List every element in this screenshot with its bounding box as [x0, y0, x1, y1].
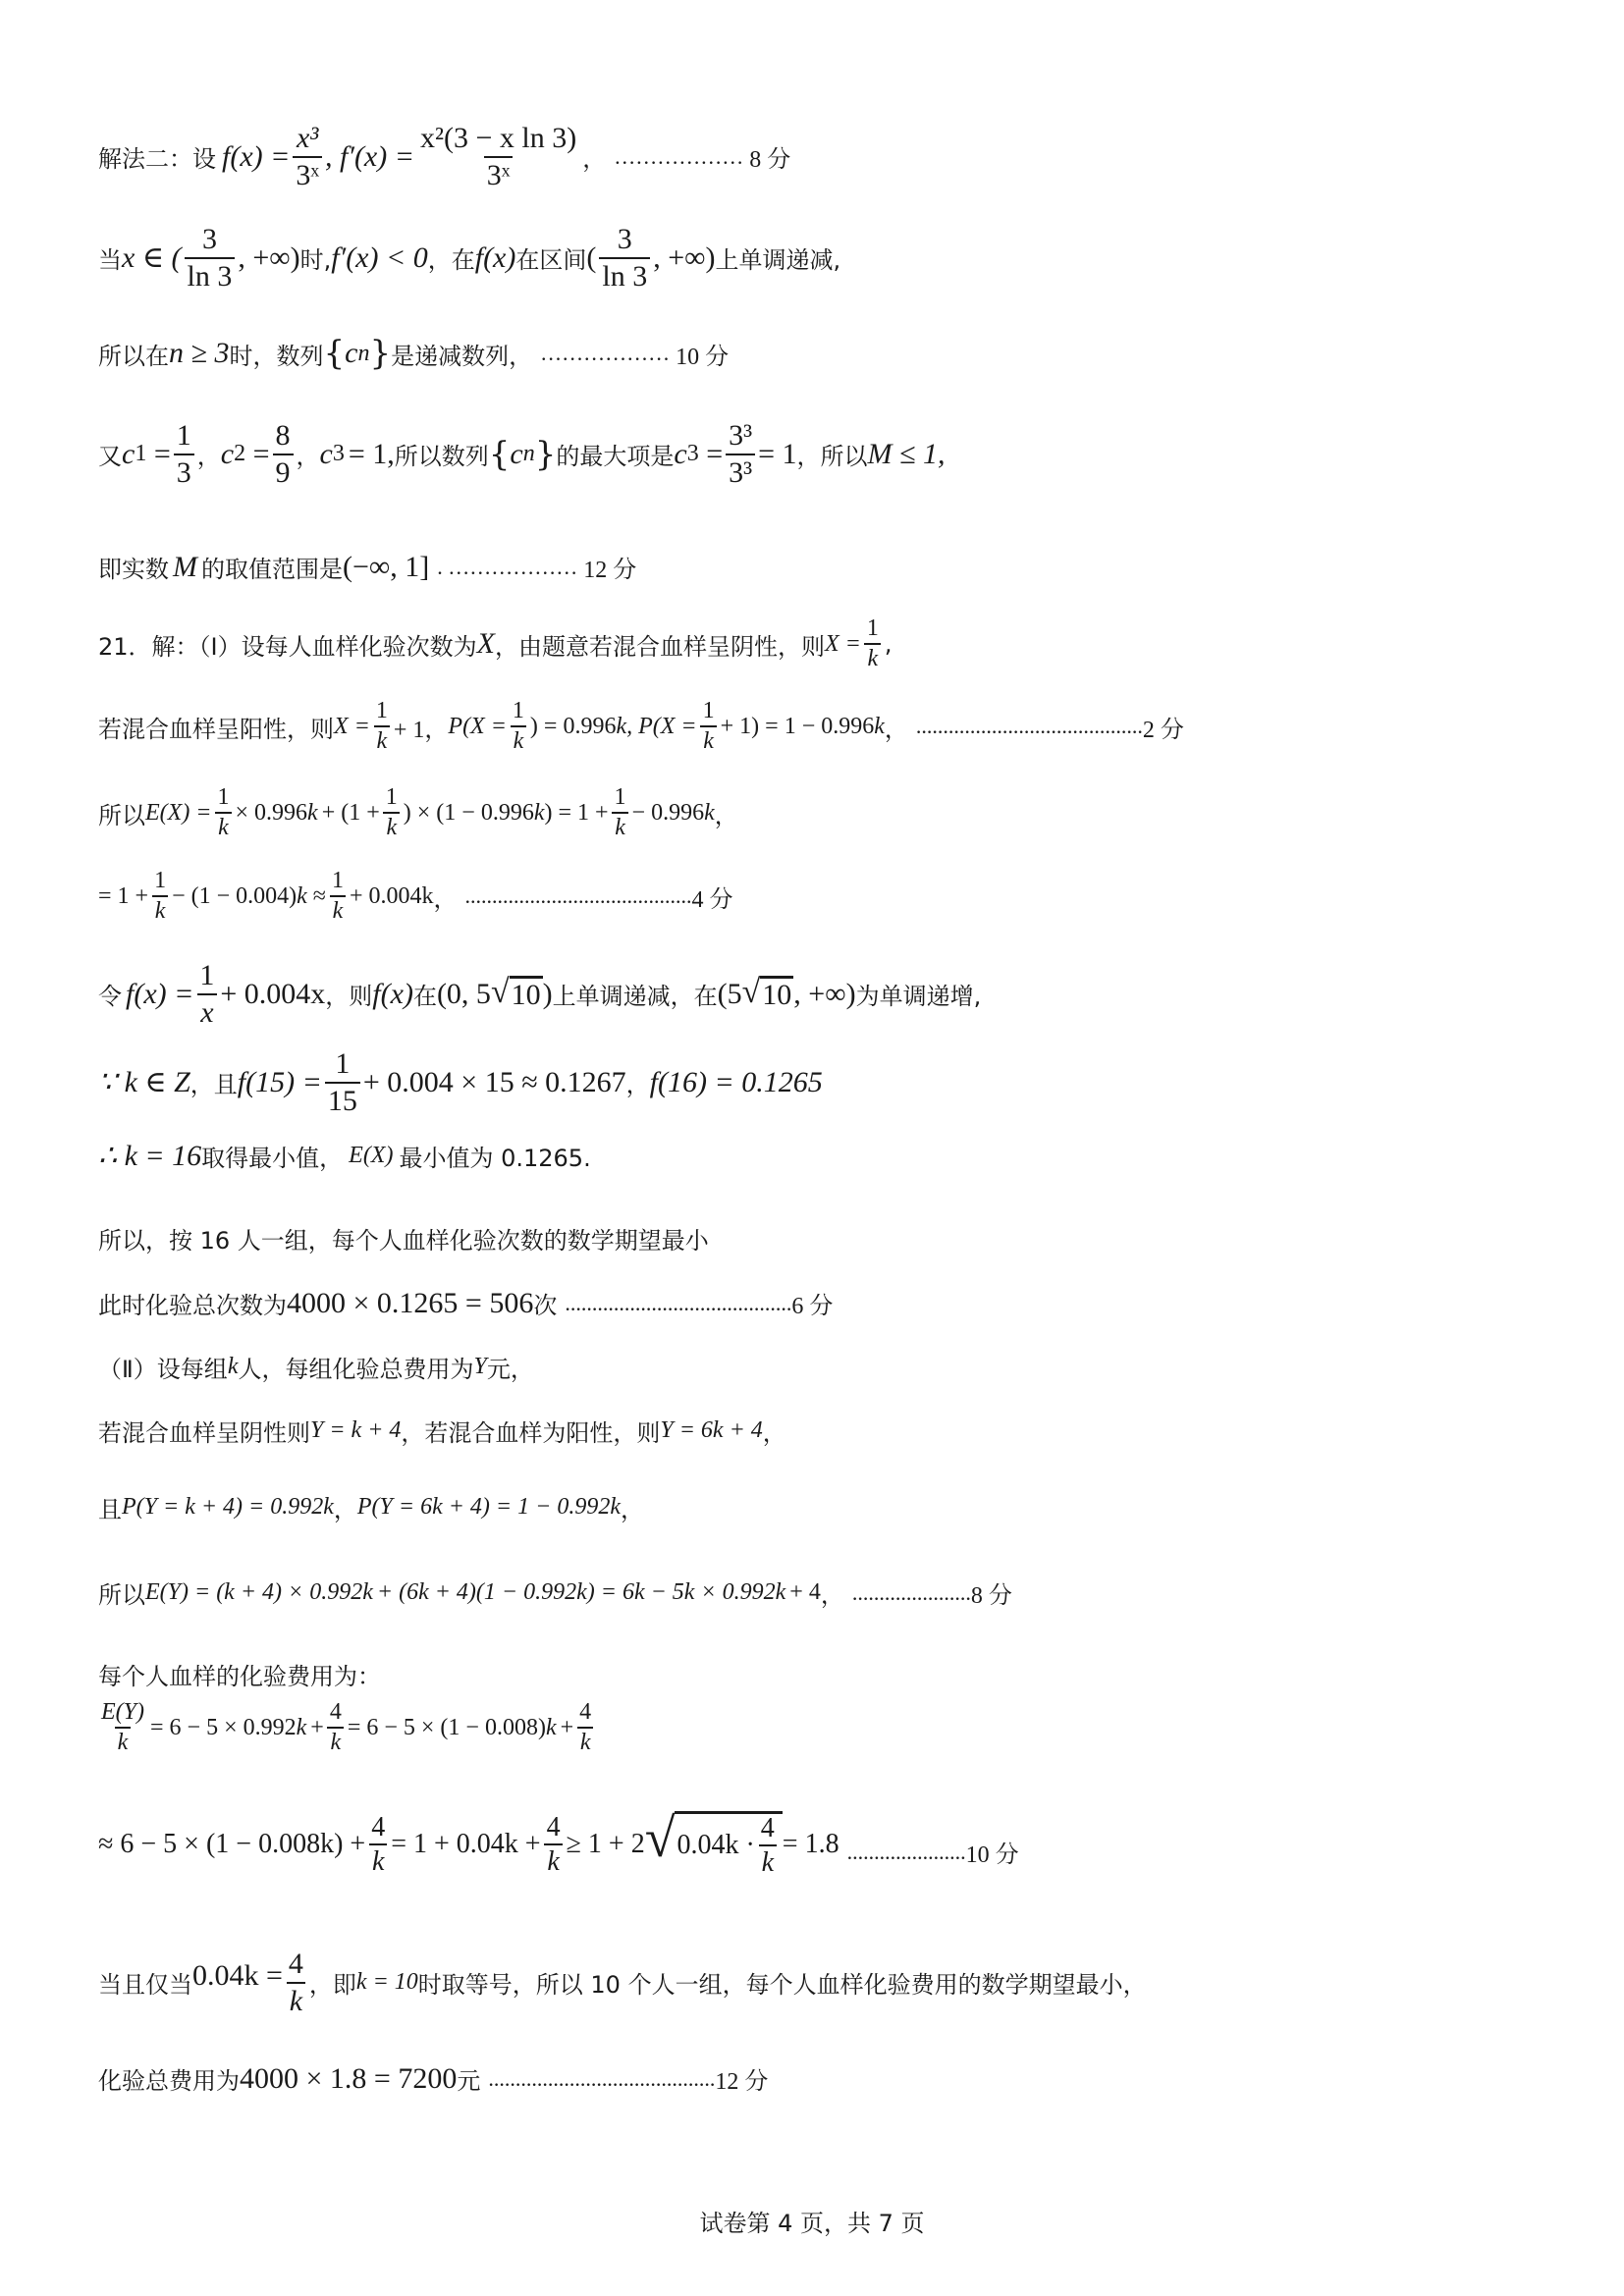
text: 解法二：设 — [98, 139, 216, 174]
page-footer: 试卷第 4 页，共 7 页 — [0, 2204, 1624, 2238]
q21-min-line: ∴ k = 16 取得最小值， E(X) 最小值为 0.1265. — [98, 1139, 591, 1173]
score-mark: 8 分 — [749, 139, 790, 174]
score-leader: ...................... — [852, 1580, 971, 1606]
math: f(x) = — [222, 140, 290, 174]
q21-fx-monotone-line: 令 f(x) = 1 x + 0.004x ，则 f(x) 在 (0, 5 √1… — [98, 960, 981, 1028]
q21-compare-line: ∵ k ∈ Z ，且 f(15) = 1 15 + 0.004 × 15 ≈ 0… — [98, 1048, 823, 1116]
score-mark: 4 分 — [692, 880, 733, 914]
q21-expectation-line: 所以 E(X) = 1 k × 0.996k + (1 + 1 k ) × (1… — [98, 785, 738, 840]
q21-part2-expectation-line: 所以 E(Y) = (k + 4) × 0.992k + (6k + 4)(1 … — [98, 1575, 1012, 1610]
score-leader: ……………… — [614, 144, 743, 170]
score-mark: 2 分 — [1143, 710, 1184, 744]
square-root: √10 — [491, 976, 543, 1012]
q21-total-cost-line: 化验总费用为 4000 × 1.8 = 7200 元 .............… — [98, 2061, 768, 2096]
solution2-definition-line: 解法二：设 f(x) = x³ 3ˣ , f′(x) = x²(3 − x ln… — [98, 123, 790, 190]
q21-part2-probs-line: 且 P(Y = k + 4) = 0.992k ， P(Y = 6k + 4) … — [98, 1490, 644, 1524]
score-leader: . ……………… — [437, 555, 577, 580]
solution2-range-line: 即实数 M 的取值范围是 (−∞, 1] . ……………… 12 分 — [98, 550, 636, 584]
square-root: √10 — [742, 976, 794, 1012]
score-mark: 12 分 — [583, 550, 636, 584]
score-leader: ........................................… — [565, 1291, 791, 1316]
q21-per-person-label-line: 每个人血样的化验费用为： — [98, 1657, 381, 1691]
solution2-max-term-line: 又 c1 = 1 3 ， c2 = 8 9 ， c3 = 1, 所以数列 {cn… — [98, 420, 946, 488]
q21-approx-line: = 1 + 1 k − (1 − 0.004)k ≈ 1 k + 0.004k … — [98, 869, 733, 924]
fraction: x³ 3ˣ — [293, 123, 322, 190]
score-mark: 6 分 — [791, 1286, 833, 1320]
q21-part2-values-line: 若混合血样呈阴性则 Y = k + 4 ，若混合血样为阳性，则 Y = 6k +… — [98, 1414, 786, 1448]
score-leader: ........................................… — [916, 714, 1143, 739]
score-mark: 8 分 — [971, 1575, 1012, 1610]
score-leader: ……………… — [540, 341, 670, 366]
score-mark: 12 分 — [715, 2061, 768, 2096]
score-leader: ........................................… — [488, 2066, 715, 2092]
score-mark: 10 分 — [966, 1835, 1019, 1869]
page-number-label: 试卷第 4 页，共 7 页 — [699, 2210, 924, 2237]
q21-total-tests-line: 此时化验总次数为 4000 × 0.1265 = 506 次 .........… — [98, 1286, 833, 1320]
q21-part2-definition-line: （Ⅱ）设每组 k 人，每组化验总费用为 Y 元， — [98, 1350, 534, 1384]
q21-part1-positive-line: 若混合血样呈阳性，则 X = 1 k + 1， P(X = 1 k ) = 0.… — [98, 699, 1184, 754]
q21-per-person-line: E(Y) k = 6 − 5 × 0.992k + 4 k = 6 − 5 × … — [98, 1700, 597, 1755]
fraction: 3 ln 3 — [185, 224, 236, 292]
q21-group16-line: 所以，按 16 人一组，每个人血样化验次数的数学期望最小 — [98, 1221, 709, 1255]
q21-equality-line: 当且仅当 0.04k = 4 k ，即 k = 10 时取等号，所以 10 个人… — [98, 1949, 1147, 2016]
score-mark: 10 分 — [676, 337, 729, 371]
q21-inequality-line: ≈ 6 − 5 × (1 − 0.008k) + 4 k = 1 + 0.04k… — [98, 1811, 1019, 1878]
solution2-monotone-line: 当 x ∈ ( 3 ln 3 , +∞) 时, f′(x) < 0 ，在 f(x… — [98, 224, 840, 292]
square-root: √ 0.04k · 4 k — [645, 1811, 783, 1878]
fraction: x²(3 − x ln 3) 3ˣ — [417, 123, 579, 190]
solution2-decreasing-line: 所以在 n ≥ 3 时，数列 {cn} 是递减数列， ……………… 10 分 — [98, 334, 729, 373]
q21-part1-negative-line: 21．解：（Ⅰ）设每人血样化验次数为 X ，由题意若混合血样呈阴性，则 X = … — [98, 616, 892, 671]
math: , f′(x) = — [325, 140, 414, 174]
score-leader: ...................... — [847, 1840, 966, 1865]
fraction: 3 ln 3 — [599, 224, 650, 292]
score-leader: ........................................… — [465, 883, 692, 909]
